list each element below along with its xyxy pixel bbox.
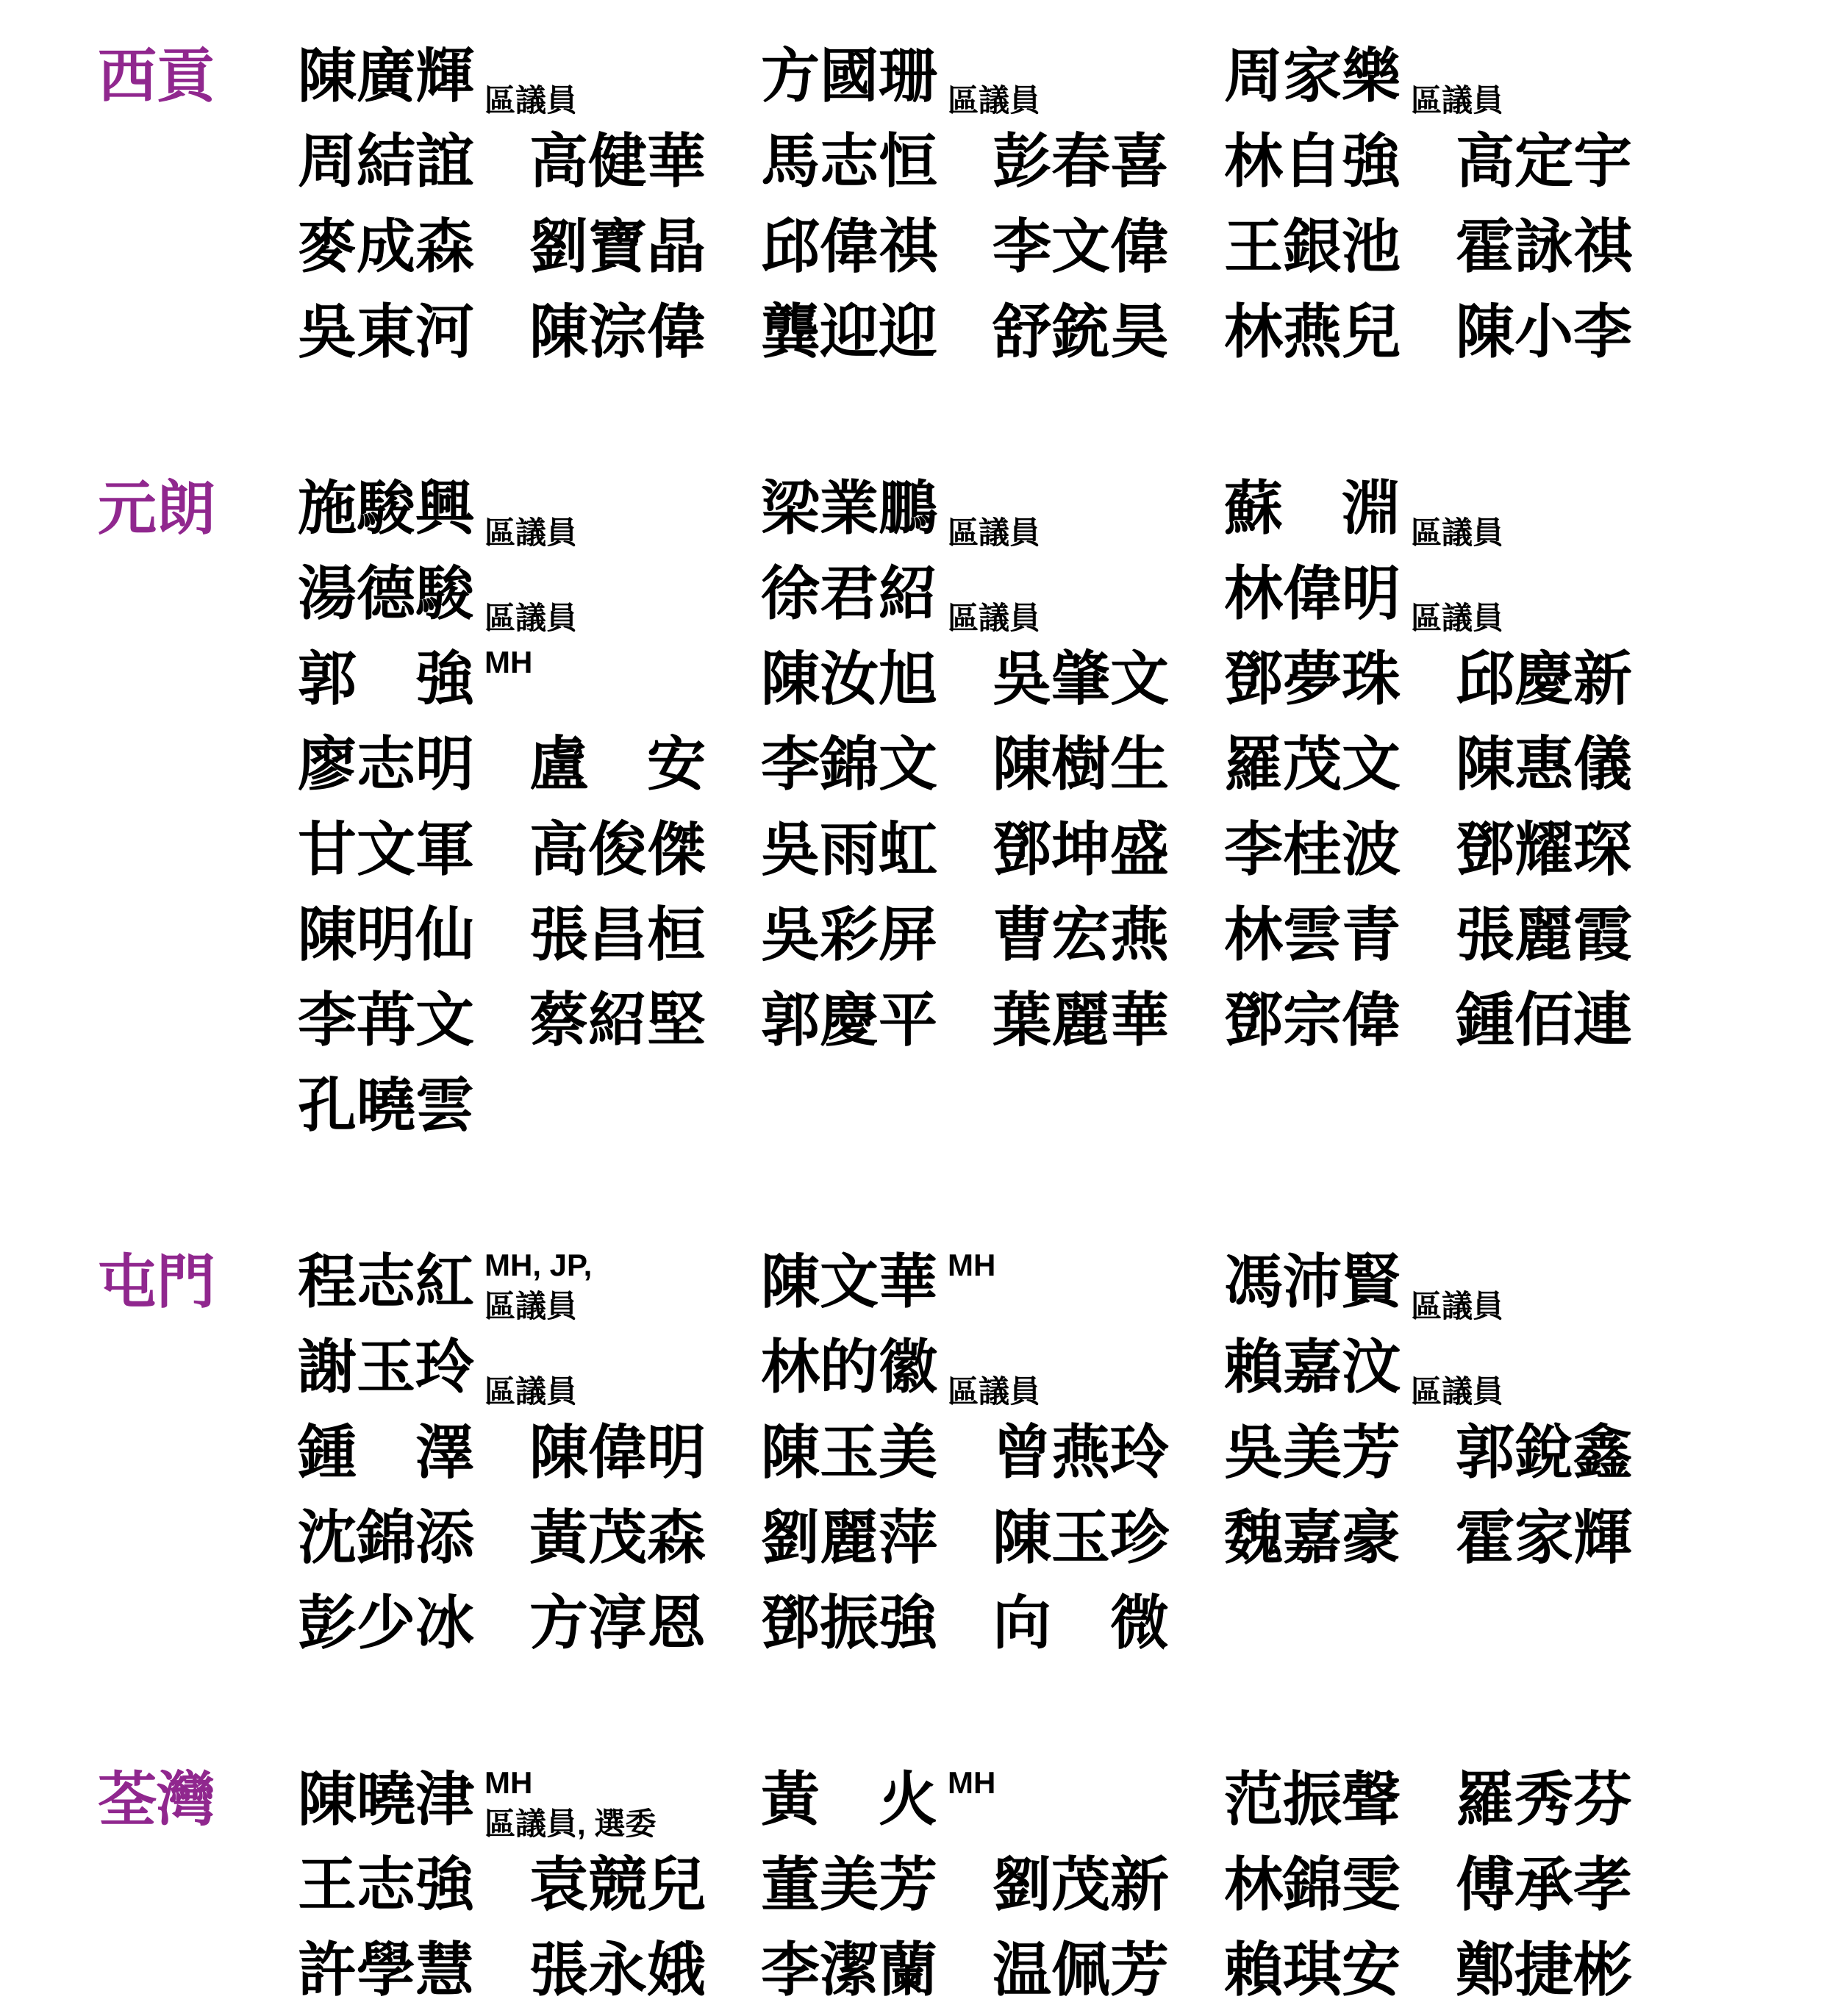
member-name: 郭銳鑫 xyxy=(1456,1423,1632,1482)
member-cell: 鍾 澤 xyxy=(298,1410,529,1495)
member-name: 陳惠儀 xyxy=(1456,735,1632,794)
member-cell: 羅秀芬 xyxy=(1456,1757,1687,1842)
member-cell: 李文偉 xyxy=(993,204,1224,290)
member-cell: 鄧振強 xyxy=(761,1581,993,1666)
name-rows: 施駿興區議員梁業鵬區議員蘇 淵區議員湯德駿區議員徐君紹區議員林偉明區議員郭 強M… xyxy=(298,466,1824,1148)
district-label: 西貢 xyxy=(0,34,298,119)
member-name: 陳文華 xyxy=(761,1253,937,1312)
name-rows: 陳曉津MH區議員, 選委黃 火MH范振聲羅秀芬王志強袁競兒董美芳劉茂新林錦雯傅承… xyxy=(298,1757,1824,2013)
member-cell: 蔡紹堅 xyxy=(529,978,761,1063)
member-cell: 傅承孝 xyxy=(1456,1842,1687,1928)
member-cell: 麥成森 xyxy=(298,204,529,290)
member-name: 吳雨虹 xyxy=(761,821,937,879)
name-row: 郭 強MH陳汝旭吳肇文鄧夢珠邱慶新 xyxy=(298,637,1824,722)
member-name: 陳偉明 xyxy=(529,1423,706,1482)
member-cell: 曹宏燕 xyxy=(993,893,1224,978)
member-name: 曹宏燕 xyxy=(993,906,1169,965)
member-name: 陳汝旭 xyxy=(761,650,937,709)
member-cell: 謝玉玲區議員 xyxy=(298,1325,761,1410)
member-name: 羅秀芬 xyxy=(1456,1770,1632,1829)
member-cell: 鄧夢珠 xyxy=(1224,637,1456,722)
member-cell: 方國珊區議員 xyxy=(761,34,1224,119)
name-row: 陳明仙張昌桓吳彩屏曹宏燕林雲青張麗霞 xyxy=(298,893,1824,978)
member-name: 林雲青 xyxy=(1224,906,1401,965)
member-cell: 李潔蘭 xyxy=(761,1928,993,2013)
member-name: 鄧坤盛 xyxy=(993,821,1169,879)
member-cell: 向 微 xyxy=(993,1581,1224,1666)
name-row: 甘文軍高俊傑吳雨虹鄧坤盛李桂波鄧耀琛 xyxy=(298,807,1824,893)
member-cell: 邱偉祺 xyxy=(761,204,993,290)
member-name: 鄧夢珠 xyxy=(1224,650,1401,709)
name-row: 陳廣輝區議員方國珊區議員周家樂區議員 xyxy=(298,34,1824,119)
member-name: 陳玉美 xyxy=(761,1423,937,1482)
name-row: 沈錦添黃茂森劉麗萍陳玉珍魏嘉豪霍家輝 xyxy=(298,1495,1824,1581)
name-row: 彭少冰方淳恩鄧振強向 微 xyxy=(298,1581,1824,1666)
honorific-bottom: 區議員, 選委 xyxy=(484,1808,656,1840)
honorific-bottom: 區議員 xyxy=(1411,85,1503,117)
member-name: 林偉明 xyxy=(1224,565,1401,623)
honorific-bottom: 區議員 xyxy=(948,85,1040,117)
honorific-bottom: 區議員 xyxy=(1411,602,1503,635)
member-cell: 霍詠祺 xyxy=(1456,204,1687,290)
member-name: 彭少冰 xyxy=(298,1594,474,1653)
member-cell: 黃 火MH xyxy=(761,1757,1224,1842)
member-cell: 郭 強MH xyxy=(298,637,761,722)
member-name: 林錦雯 xyxy=(1224,1856,1401,1915)
member-name: 范振聲 xyxy=(1224,1770,1401,1829)
member-cell: 許學慧 xyxy=(298,1928,529,2013)
member-name: 李錦文 xyxy=(761,735,937,794)
member-name: 李潔蘭 xyxy=(761,1941,937,2000)
name-rows: 陳廣輝區議員方國珊區議員周家樂區議員周結誼高健華馬志恒彭春喜林自強高定宇麥成森劉… xyxy=(298,34,1824,375)
member-cell: 陳汝旭 xyxy=(761,637,993,722)
member-cell: 林雲青 xyxy=(1224,893,1456,978)
member-name: 温佩芳 xyxy=(993,1941,1169,2000)
member-cell: 周家樂區議員 xyxy=(1224,34,1687,119)
member-cell: 賴嘉汶區議員 xyxy=(1224,1325,1687,1410)
member-cell: 陳淙偉 xyxy=(529,290,761,375)
member-name: 李苒文 xyxy=(298,991,474,1050)
member-name: 梁業鵬 xyxy=(761,479,937,538)
member-cell: 湯德駿區議員 xyxy=(298,551,761,637)
member-cell: 高定宇 xyxy=(1456,119,1687,204)
district-section: 屯門程志紅MH, JP,區議員陳文華MH馮沛賢區議員謝玉玲區議員林的徽區議員賴嘉… xyxy=(0,1240,1824,1666)
member-cell: 施駿興區議員 xyxy=(298,466,761,551)
member-cell: 黃茂森 xyxy=(529,1495,761,1581)
name-row: 周結誼高健華馬志恒彭春喜林自強高定宇 xyxy=(298,119,1824,204)
member-name: 鍾 澤 xyxy=(298,1423,474,1482)
member-cell: 孔曉雲 xyxy=(298,1063,529,1148)
member-name: 蔡紹堅 xyxy=(529,991,706,1050)
honorific-bottom: 區議員 xyxy=(1411,517,1503,549)
member-cell: 鄧耀琛 xyxy=(1456,807,1687,893)
member-name: 方淳恩 xyxy=(529,1594,706,1653)
member-cell: 吳雨虹 xyxy=(761,807,993,893)
member-name: 鍾佰連 xyxy=(1456,991,1632,1050)
member-name: 劉麗萍 xyxy=(761,1509,937,1568)
member-cell: 陳玉珍 xyxy=(993,1495,1224,1581)
member-cell: 林燕兒 xyxy=(1224,290,1456,375)
member-name: 霍家輝 xyxy=(1456,1509,1632,1568)
member-cell: 魏嘉豪 xyxy=(1224,1495,1456,1581)
member-cell: 劉寶晶 xyxy=(529,204,761,290)
name-rows: 程志紅MH, JP,區議員陳文華MH馮沛賢區議員謝玉玲區議員林的徽區議員賴嘉汶區… xyxy=(298,1240,1824,1666)
member-cell: 沈錦添 xyxy=(298,1495,529,1581)
member-cell: 陳文華MH xyxy=(761,1240,1224,1325)
member-cell: 邱慶新 xyxy=(1456,637,1687,722)
member-cell: 陳明仙 xyxy=(298,893,529,978)
member-cell: 龔迎迎 xyxy=(761,290,993,375)
member-name: 徐君紹 xyxy=(761,565,937,623)
member-name: 林燕兒 xyxy=(1224,303,1401,362)
member-cell: 盧 安 xyxy=(529,722,761,807)
member-cell: 甘文軍 xyxy=(298,807,529,893)
member-cell: 程志紅MH, JP,區議員 xyxy=(298,1240,761,1325)
member-name: 鄧宗偉 xyxy=(1224,991,1401,1050)
member-name: 魏嘉豪 xyxy=(1224,1509,1401,1568)
member-name: 高健華 xyxy=(529,132,706,191)
honorific-top: MH xyxy=(948,1249,995,1282)
name-row: 廖志明盧 安李錦文陳樹生羅茂文陳惠儀 xyxy=(298,722,1824,807)
name-row: 李苒文蔡紹堅郭慶平葉麗華鄧宗偉鍾佰連 xyxy=(298,978,1824,1063)
member-name: 高俊傑 xyxy=(529,821,706,879)
member-name: 王志強 xyxy=(298,1856,474,1915)
member-cell: 郭銳鑫 xyxy=(1456,1410,1687,1495)
member-name: 邱偉祺 xyxy=(761,218,937,276)
member-cell: 吳美芳 xyxy=(1224,1410,1456,1495)
member-name: 李文偉 xyxy=(993,218,1169,276)
member-cell: 李苒文 xyxy=(298,978,529,1063)
member-list: 西貢陳廣輝區議員方國珊區議員周家樂區議員周結誼高健華馬志恒彭春喜林自強高定宇麥成… xyxy=(0,34,1824,2013)
member-cell: 王銀池 xyxy=(1224,204,1456,290)
member-cell: 郭慶平 xyxy=(761,978,993,1063)
member-name: 方國珊 xyxy=(761,47,937,106)
member-cell: 林偉明區議員 xyxy=(1224,551,1687,637)
district-label: 屯門 xyxy=(0,1240,298,1325)
member-cell: 張昌桓 xyxy=(529,893,761,978)
member-name: 曾燕玲 xyxy=(993,1423,1169,1482)
member-name: 劉寶晶 xyxy=(529,218,706,276)
member-cell: 鍾佰連 xyxy=(1456,978,1687,1063)
member-cell: 劉麗萍 xyxy=(761,1495,993,1581)
member-cell: 周結誼 xyxy=(298,119,529,204)
member-name: 盧 安 xyxy=(529,735,706,794)
member-name: 龔迎迎 xyxy=(761,303,937,362)
member-cell: 吳肇文 xyxy=(993,637,1224,722)
member-name: 施駿興 xyxy=(298,479,474,538)
member-name: 馬志恒 xyxy=(761,132,937,191)
member-cell: 陳小李 xyxy=(1456,290,1687,375)
member-cell: 高健華 xyxy=(529,119,761,204)
member-name: 陳曉津 xyxy=(298,1770,474,1829)
member-name: 羅茂文 xyxy=(1224,735,1401,794)
member-name: 黃 火 xyxy=(761,1770,937,1829)
member-name: 高定宇 xyxy=(1456,132,1632,191)
member-name: 賴琪安 xyxy=(1224,1941,1401,2000)
honorific-top: MH xyxy=(484,1767,532,1799)
member-cell: 林自強 xyxy=(1224,119,1456,204)
member-name: 廖志明 xyxy=(298,735,474,794)
member-cell: 方淳恩 xyxy=(529,1581,761,1666)
name-row: 吳東河陳淙偉龔迎迎舒銃昊林燕兒陳小李 xyxy=(298,290,1824,375)
member-name: 吳美芳 xyxy=(1224,1423,1401,1482)
member-cell: 曾燕玲 xyxy=(993,1410,1224,1495)
member-name: 沈錦添 xyxy=(298,1509,474,1568)
honorific-bottom: 區議員 xyxy=(484,85,577,117)
member-name: 賴嘉汶 xyxy=(1224,1338,1401,1397)
member-name: 張麗霞 xyxy=(1456,906,1632,965)
member-name: 霍詠祺 xyxy=(1456,218,1632,276)
member-name: 邱慶新 xyxy=(1456,650,1632,709)
member-cell: 鄧宗偉 xyxy=(1224,978,1456,1063)
member-name: 吳彩屏 xyxy=(761,906,937,965)
member-cell: 陳曉津MH區議員, 選委 xyxy=(298,1757,761,1842)
member-cell: 鄧坤盛 xyxy=(993,807,1224,893)
member-name: 謝玉玲 xyxy=(298,1338,474,1397)
district-label: 元朗 xyxy=(0,466,298,551)
member-cell: 范振聲 xyxy=(1224,1757,1456,1842)
member-name: 傅承孝 xyxy=(1456,1856,1632,1915)
honorific-bottom: 區議員 xyxy=(484,1290,577,1323)
member-name: 周結誼 xyxy=(298,132,474,191)
member-cell: 陳偉明 xyxy=(529,1410,761,1495)
member-name: 鄭捷彬 xyxy=(1456,1941,1632,2000)
member-name: 蘇 淵 xyxy=(1224,479,1401,538)
member-cell: 彭少冰 xyxy=(298,1581,529,1666)
member-name: 袁競兒 xyxy=(529,1856,706,1915)
member-cell: 張麗霞 xyxy=(1456,893,1687,978)
district-section: 西貢陳廣輝區議員方國珊區議員周家樂區議員周結誼高健華馬志恒彭春喜林自強高定宇麥成… xyxy=(0,34,1824,375)
name-row: 陳曉津MH區議員, 選委黃 火MH范振聲羅秀芬 xyxy=(298,1757,1824,1842)
member-name: 林的徽 xyxy=(761,1338,937,1397)
honorific-bottom: 區議員 xyxy=(484,602,577,635)
member-cell: 彭春喜 xyxy=(993,119,1224,204)
name-row: 謝玉玲區議員林的徽區議員賴嘉汶區議員 xyxy=(298,1325,1824,1410)
member-name: 張昌桓 xyxy=(529,906,706,965)
member-cell: 蘇 淵區議員 xyxy=(1224,466,1687,551)
member-name: 陳玉珍 xyxy=(993,1509,1169,1568)
member-name: 陳明仙 xyxy=(298,906,474,965)
member-name: 孔曉雲 xyxy=(298,1076,474,1135)
honorific-top: MH, JP, xyxy=(484,1249,592,1282)
member-list-page: 西貢陳廣輝區議員方國珊區議員周家樂區議員周結誼高健華馬志恒彭春喜林自強高定宇麥成… xyxy=(0,0,1824,2016)
member-cell: 董美芳 xyxy=(761,1842,993,1928)
name-row: 施駿興區議員梁業鵬區議員蘇 淵區議員 xyxy=(298,466,1824,551)
member-name: 黃茂森 xyxy=(529,1509,706,1568)
member-cell: 霍家輝 xyxy=(1456,1495,1687,1581)
member-cell: 高俊傑 xyxy=(529,807,761,893)
member-name: 周家樂 xyxy=(1224,47,1401,106)
member-name: 李桂波 xyxy=(1224,821,1401,879)
honorific-bottom: 區議員 xyxy=(948,602,1040,635)
member-cell: 梁業鵬區議員 xyxy=(761,466,1224,551)
name-row: 許學慧張永娥李潔蘭温佩芳賴琪安鄭捷彬 xyxy=(298,1928,1824,2013)
member-name: 劉茂新 xyxy=(993,1856,1169,1915)
member-name: 林自強 xyxy=(1224,132,1401,191)
member-cell: 張永娥 xyxy=(529,1928,761,2013)
member-name: 葉麗華 xyxy=(993,991,1169,1050)
member-cell: 舒銃昊 xyxy=(993,290,1224,375)
member-name: 吳東河 xyxy=(298,303,474,362)
honorific-bottom: 區議員 xyxy=(484,1376,577,1408)
honorific-top: MH xyxy=(948,1767,995,1799)
member-cell: 賴琪安 xyxy=(1224,1928,1456,2013)
name-row: 麥成森劉寶晶邱偉祺李文偉王銀池霍詠祺 xyxy=(298,204,1824,290)
honorific-bottom: 區議員 xyxy=(948,517,1040,549)
name-row: 鍾 澤陳偉明陳玉美曾燕玲吳美芳郭銳鑫 xyxy=(298,1410,1824,1495)
district-section: 荃灣陳曉津MH區議員, 選委黃 火MH范振聲羅秀芬王志強袁競兒董美芳劉茂新林錦雯… xyxy=(0,1757,1824,2013)
member-name: 郭 強 xyxy=(298,650,474,709)
member-name: 董美芳 xyxy=(761,1856,937,1915)
member-name: 吳肇文 xyxy=(993,650,1169,709)
member-name: 舒銃昊 xyxy=(993,303,1169,362)
name-row: 湯德駿區議員徐君紹區議員林偉明區議員 xyxy=(298,551,1824,637)
member-cell: 馮沛賢區議員 xyxy=(1224,1240,1687,1325)
member-cell: 袁競兒 xyxy=(529,1842,761,1928)
member-cell: 温佩芳 xyxy=(993,1928,1224,2013)
member-cell: 廖志明 xyxy=(298,722,529,807)
honorific-bottom: 區議員 xyxy=(1411,1290,1503,1323)
member-name: 向 微 xyxy=(993,1594,1169,1653)
honorific-top: MH xyxy=(484,646,532,679)
member-name: 陳廣輝 xyxy=(298,47,474,106)
member-cell: 王志強 xyxy=(298,1842,529,1928)
member-name: 程志紅 xyxy=(298,1253,474,1312)
member-cell: 李錦文 xyxy=(761,722,993,807)
member-cell: 吳東河 xyxy=(298,290,529,375)
member-name: 鄧振強 xyxy=(761,1594,937,1653)
member-name: 鄧耀琛 xyxy=(1456,821,1632,879)
member-cell: 林的徽區議員 xyxy=(761,1325,1224,1410)
member-cell: 陳樹生 xyxy=(993,722,1224,807)
name-row: 孔曉雲 xyxy=(298,1063,1824,1148)
member-cell: 吳彩屏 xyxy=(761,893,993,978)
member-cell: 馬志恒 xyxy=(761,119,993,204)
member-cell: 徐君紹區議員 xyxy=(761,551,1224,637)
member-cell: 劉茂新 xyxy=(993,1842,1224,1928)
member-name: 甘文軍 xyxy=(298,821,474,879)
member-name: 麥成森 xyxy=(298,218,474,276)
member-cell: 羅茂文 xyxy=(1224,722,1456,807)
member-name: 陳小李 xyxy=(1456,303,1632,362)
member-name: 彭春喜 xyxy=(993,132,1169,191)
member-cell: 葉麗華 xyxy=(993,978,1224,1063)
member-cell: 陳廣輝區議員 xyxy=(298,34,761,119)
name-row: 程志紅MH, JP,區議員陳文華MH馮沛賢區議員 xyxy=(298,1240,1824,1325)
member-name: 馮沛賢 xyxy=(1224,1253,1401,1312)
honorific-bottom: 區議員 xyxy=(948,1376,1040,1408)
member-name: 湯德駿 xyxy=(298,565,474,623)
member-cell: 陳玉美 xyxy=(761,1410,993,1495)
member-name: 王銀池 xyxy=(1224,218,1401,276)
member-cell: 李桂波 xyxy=(1224,807,1456,893)
member-cell: 陳惠儀 xyxy=(1456,722,1687,807)
district-label: 荃灣 xyxy=(0,1757,298,1842)
member-name: 張永娥 xyxy=(529,1941,706,2000)
member-name: 許學慧 xyxy=(298,1941,474,2000)
member-cell: 鄭捷彬 xyxy=(1456,1928,1687,2013)
member-name: 陳樹生 xyxy=(993,735,1169,794)
name-row: 王志強袁競兒董美芳劉茂新林錦雯傅承孝 xyxy=(298,1842,1824,1928)
district-section: 元朗施駿興區議員梁業鵬區議員蘇 淵區議員湯德駿區議員徐君紹區議員林偉明區議員郭 … xyxy=(0,466,1824,1148)
honorific-bottom: 區議員 xyxy=(1411,1376,1503,1408)
member-cell: 林錦雯 xyxy=(1224,1842,1456,1928)
member-name: 郭慶平 xyxy=(761,991,937,1050)
member-name: 陳淙偉 xyxy=(529,303,706,362)
honorific-bottom: 區議員 xyxy=(484,517,577,549)
